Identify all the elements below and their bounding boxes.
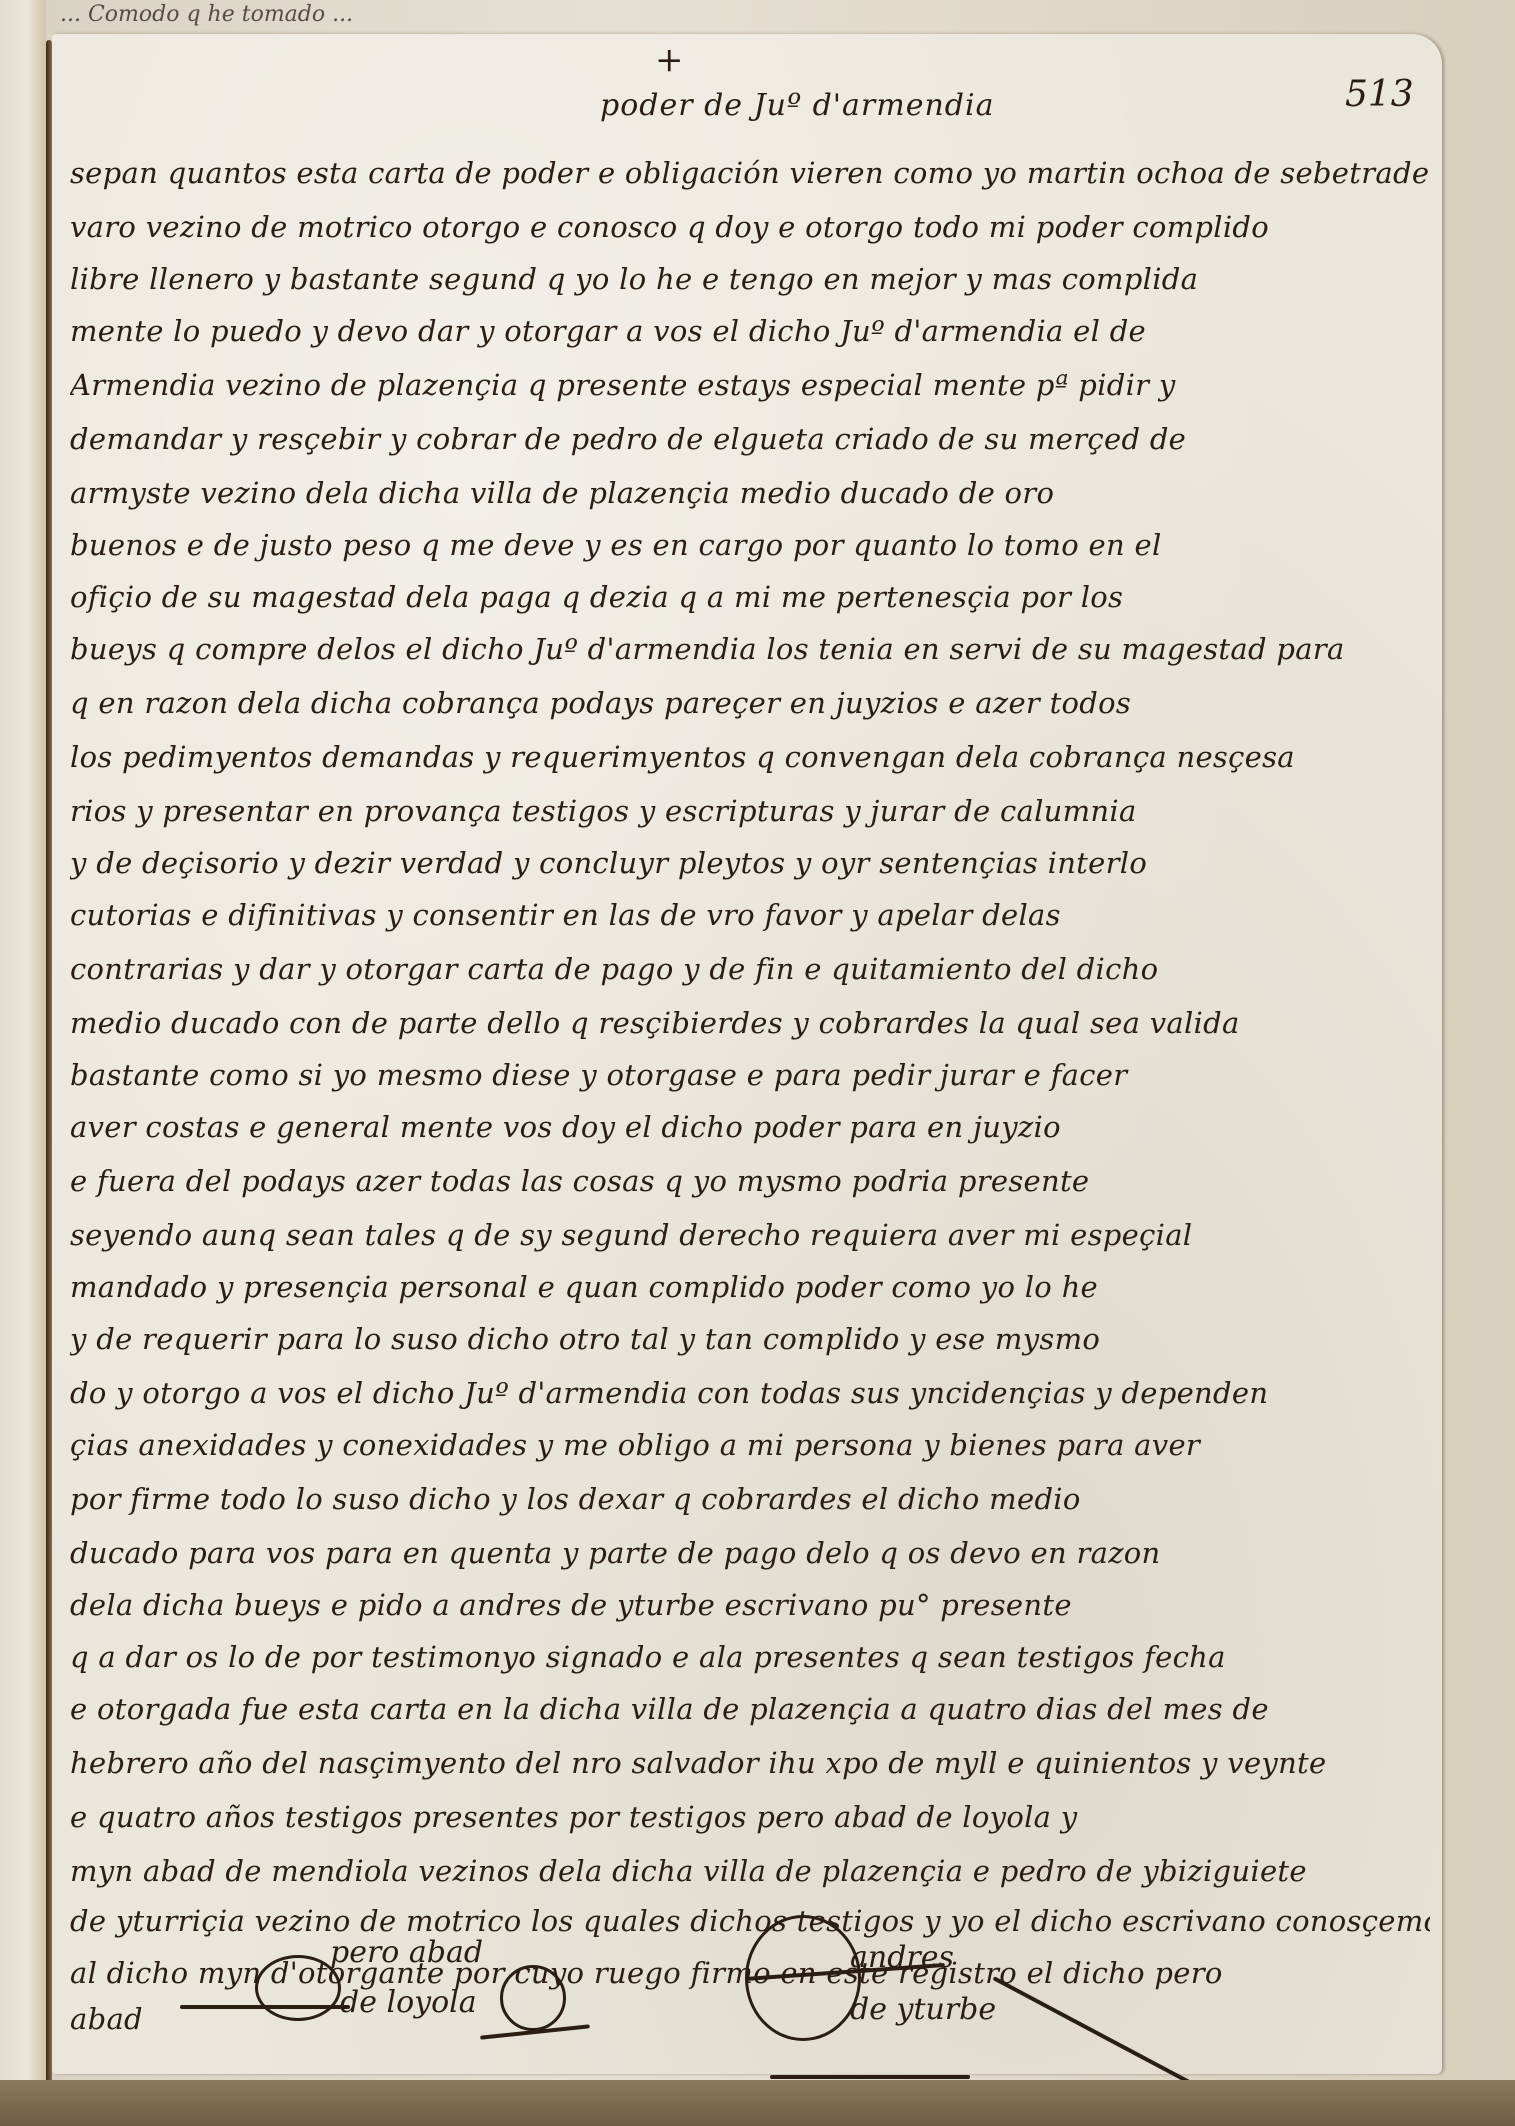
- signature-2-underline-icon: [770, 2075, 970, 2079]
- signatures-block: pero abad de loyola andres de yturbe: [0, 0, 1515, 2126]
- signature-2-line2: de yturbe: [850, 1992, 996, 2027]
- folio-bottom-edge: [0, 2080, 1515, 2126]
- signature-1-rubric-right-icon: [500, 1965, 566, 2031]
- signature-1-rubric-icon: [255, 1955, 341, 2021]
- signature-1-line1: pero abad: [330, 1935, 483, 1970]
- signature-1-line2: de loyola: [340, 1985, 477, 2020]
- signature-2-tail-icon: [993, 1976, 1198, 2088]
- signature-1-stroke-icon: [180, 2005, 350, 2009]
